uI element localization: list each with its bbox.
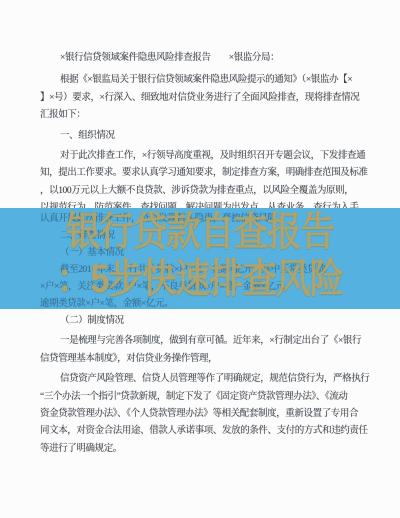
- document-line: 等进行了明确规定。: [40, 441, 372, 458]
- subsection-heading-line: （一）基本情况: [40, 245, 372, 262]
- document-line: 知，提出工作要求。要求认真学习通知要求，制定排查方案，明确排查范围及标准: [40, 165, 372, 182]
- document-line: 信贷管理基本制度》，对信贷业务操作管理，: [40, 351, 372, 368]
- highlight-band: 认真开展此次排查工作，及时发现苗头隐患，严控信贷风险。 二、排查情况 （一）基本…: [0, 208, 400, 309]
- document-line: 认真开展此次排查工作，及时发现苗头隐患，严控信贷风险。: [40, 211, 372, 228]
- section-heading-line: 二、排查情况: [40, 228, 372, 245]
- document-line: 资金贷款管理办法》、《个人贷款管理办法》等相关配套制度，重新设置了专用合: [40, 406, 372, 423]
- document-line: ×户×笔，关注类贷款×户×笔，不良类贷款×户×笔，金额×亿元，: [40, 279, 372, 296]
- document-line: 汇报如下：: [40, 107, 372, 124]
- document-line: 逾期类贷款×户×笔，金额×亿元。: [40, 296, 372, 313]
- document-line: 截至201×年末，×行共计贷款×户×笔，金额×亿元，其中正常类贷款: [40, 262, 372, 279]
- report-title-line: ×银行信贷领域案件隐患风险排查报告 ×银监分局：: [40, 50, 372, 67]
- band-text-layer: 认真开展此次排查工作，及时发现苗头隐患，严控信贷风险。 二、排查情况 （一）基本…: [0, 208, 400, 313]
- document-line: 同文本，对资金合法用途、借款人承诺事项、发放的条件、支付的方式和违约责任: [40, 423, 372, 440]
- report-body-bottom: （二）制度情况 一是梳理与完善各项制度，做到有章可循。近年来，×行制定出台了《×…: [40, 313, 372, 458]
- document-line: 】×号）要求，×行深入、细致地对信贷业务进行了全面风险排查，现将排查情况: [40, 90, 372, 107]
- document-page: ×银行信贷领域案件隐患风险排查报告 ×银监分局： 根据《×银监局关于银行信贷领域…: [0, 0, 400, 518]
- section-heading-line: 一、组织情况: [40, 128, 372, 145]
- report-body-top: ×银行信贷领域案件隐患风险排查报告 ×银监分局： 根据《×银监局关于银行信贷领域…: [40, 50, 372, 218]
- document-line: 根据《×银监局关于银行信贷领域案件隐患风险提示的通知》（×银监办【×: [40, 72, 372, 89]
- document-line: 一是梳理与完善各项制度，做到有章可循。近年来，×行制定出台了《×银行: [40, 333, 372, 350]
- document-line: ，以100万元以上大额不良贷款、涉诉贷款为排查重点，以风险全覆盖为原则，: [40, 183, 372, 200]
- document-line: “三个办法一个指引”贷款新规，制定下发了《固定资产贷款管理办法》、《流动: [40, 389, 372, 406]
- document-line: 信贷资产风险管理、信贷人员管理等作了明确规定，规范信贷行为，严格执行: [40, 371, 372, 388]
- subsection-heading-line: （二）制度情况: [40, 313, 372, 330]
- document-line: 对于此次排查工作，×行领导高度重视，及时组织召开专题会议，下发排查通: [40, 148, 372, 165]
